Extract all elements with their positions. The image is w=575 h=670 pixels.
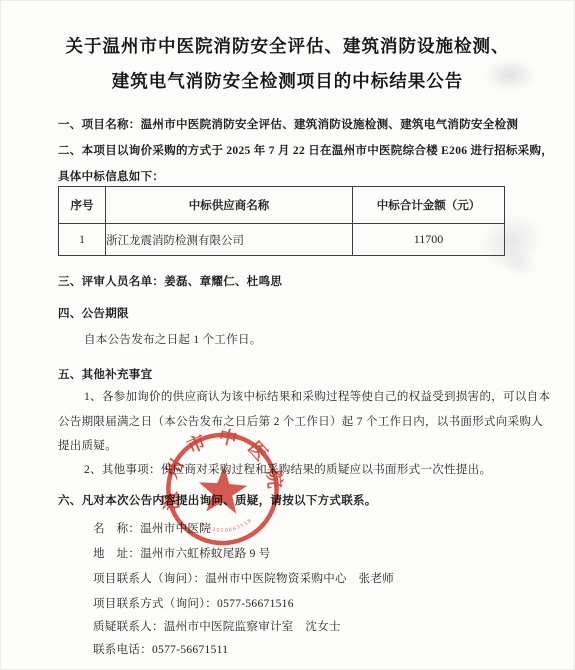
section-5-para1-line2: 公告期限届满之日（本公告发布之日后第 2 个工作日）起 7 个工作日内，以书面形… — [58, 413, 543, 429]
section-6-heading: 六、凡对本次公告内容提出询问、质疑，请按以下方式联系。 — [58, 492, 377, 508]
contact-phone: 联系电话：0577-56671511 — [93, 641, 228, 657]
section-2-procurement-line2: 具体中标信息如下： — [58, 168, 164, 184]
contact-org-name: 名 称：温州市中医院 — [93, 520, 211, 536]
section-5-para2: 2、其他事项：供应商对采购过程和采购结果的质疑应以书面形式一次性提出。 — [84, 461, 491, 477]
contact-project-person: 项目联系人（询问）：温州市中医院物资采购中心 张老师 — [93, 570, 394, 586]
col-header-supplier: 中标供应商名称 — [106, 187, 353, 224]
contact-project-phone: 项目联系方式（询问）：0577-56671516 — [93, 595, 294, 611]
section-5-heading: 五、其他补充事宜 — [58, 366, 152, 382]
col-header-amount: 中标合计金额（元） — [353, 187, 505, 224]
bid-result-table: 序号 中标供应商名称 中标合计金额（元） 1 浙江龙震消防检测有限公司 1170… — [58, 186, 505, 256]
table-row: 1 浙江龙震消防检测有限公司 11700 — [59, 224, 505, 256]
section-2-procurement-line1: 二、本项目以询价采购的方式于 2025 年 7 月 22 日在温州市中医院综合楼… — [58, 142, 553, 158]
section-4-heading: 四、公告期限 — [58, 305, 129, 321]
contact-challenge-person: 质疑联系人：温州市中医院监察审计室 沈女士 — [93, 618, 341, 634]
page-title-line2: 建筑电气消防安全检测项目的中标结果公告 — [0, 68, 575, 93]
document-page: 关于温州市中医院消防安全评估、建筑消防设施检测、 建筑电气消防安全检测项目的中标… — [0, 0, 575, 670]
section-5-para1-line1: 1、各参加询价的供应商认为该中标结果和采购过程等使自己的权益受到损害的，可以自本 — [84, 388, 550, 404]
table-header-row: 序号 中标供应商名称 中标合计金额（元） — [59, 187, 505, 224]
cell-bid-amount: 11700 — [353, 224, 505, 256]
page-title-line1: 关于温州市中医院消防安全评估、建筑消防设施检测、 — [0, 33, 575, 58]
section-1-project-name: 一、项目名称：温州市中医院消防安全评估、建筑消防设施检测、建筑电气消防安全检测 — [58, 116, 518, 132]
cell-serial-no: 1 — [59, 224, 106, 256]
section-3-review-panel: 三、评审人员名单：姜磊、章耀仁、杜鸣思 — [58, 273, 282, 289]
section-4-body: 自本公告发布之日起 1 个工作日。 — [84, 331, 262, 347]
cell-supplier-name: 浙江龙震消防检测有限公司 — [106, 224, 353, 256]
contact-address: 地 址：温州市六虹桥蚊尾路 9 号 — [93, 545, 271, 561]
col-header-serial: 序号 — [59, 187, 106, 224]
section-5-para1-line3: 提出质疑。 — [58, 437, 117, 453]
